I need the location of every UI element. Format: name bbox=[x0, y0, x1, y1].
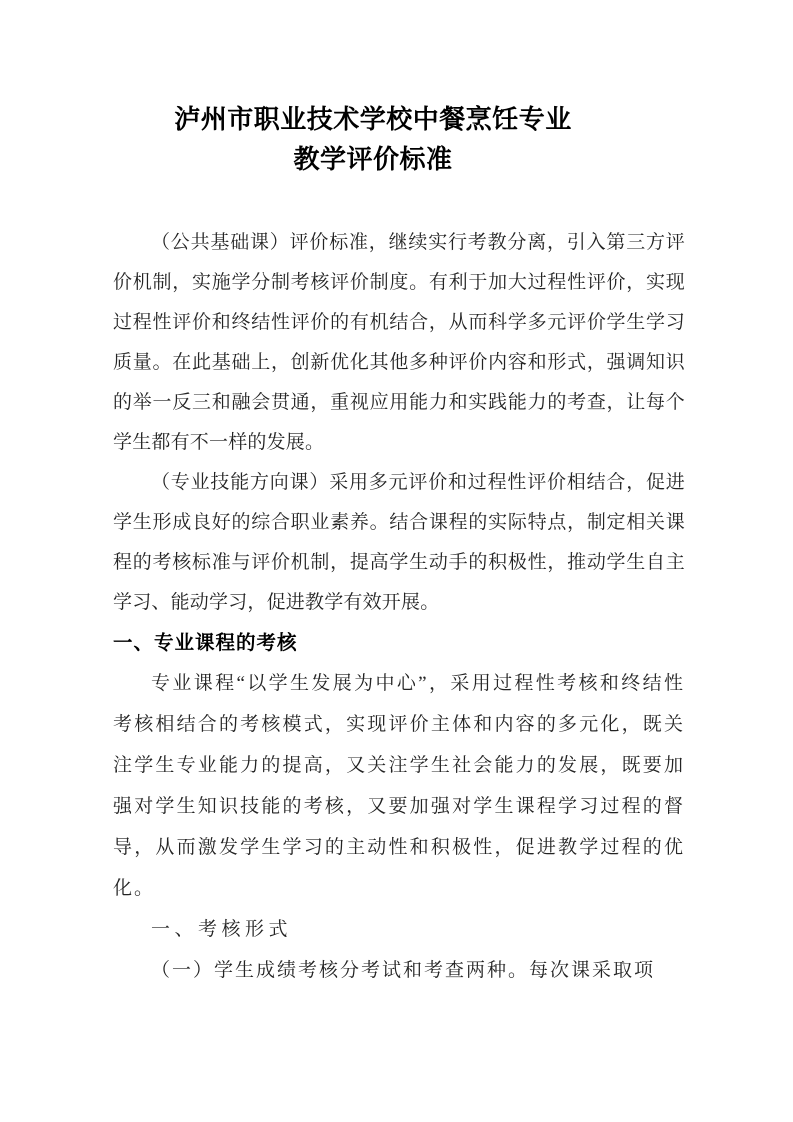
paragraph-assessment-mode: 专业课程“以学生发展为中心”，采用过程性考核和终结性考核相结合的考核模式，实现评… bbox=[113, 663, 685, 909]
paragraph-public-basic-course: （公共基础课）评价标准，继续实行考教分离，引入第三方评价机制，实施学分制考核评价… bbox=[113, 223, 685, 463]
document-title-line2: 教学评价标准 bbox=[293, 145, 452, 174]
section-heading-professional-course-assessment: 一、专业课程的考核 bbox=[113, 623, 685, 663]
subsection-heading-assessment-form: 一、考核形式 bbox=[113, 909, 685, 950]
paragraph-professional-skill-course: （专业技能方向课）采用多元评价和过程性评价相结合，促进学生形成良好的综合职业素养… bbox=[113, 463, 685, 623]
document-title: 泸州市职业技术学校中餐烹饪专业 教学评价标准 bbox=[87, 100, 659, 180]
document-page: 泸州市职业技术学校中餐烹饪专业 教学评价标准 （公共基础课）评价标准，继续实行考… bbox=[0, 0, 793, 1122]
paragraph-assessment-form-item1: （一）学生成绩考核分考试和考查两种。每次课采取项 bbox=[113, 950, 685, 991]
document-title-line1: 泸州市职业技术学校中餐烹饪专业 bbox=[174, 105, 572, 134]
